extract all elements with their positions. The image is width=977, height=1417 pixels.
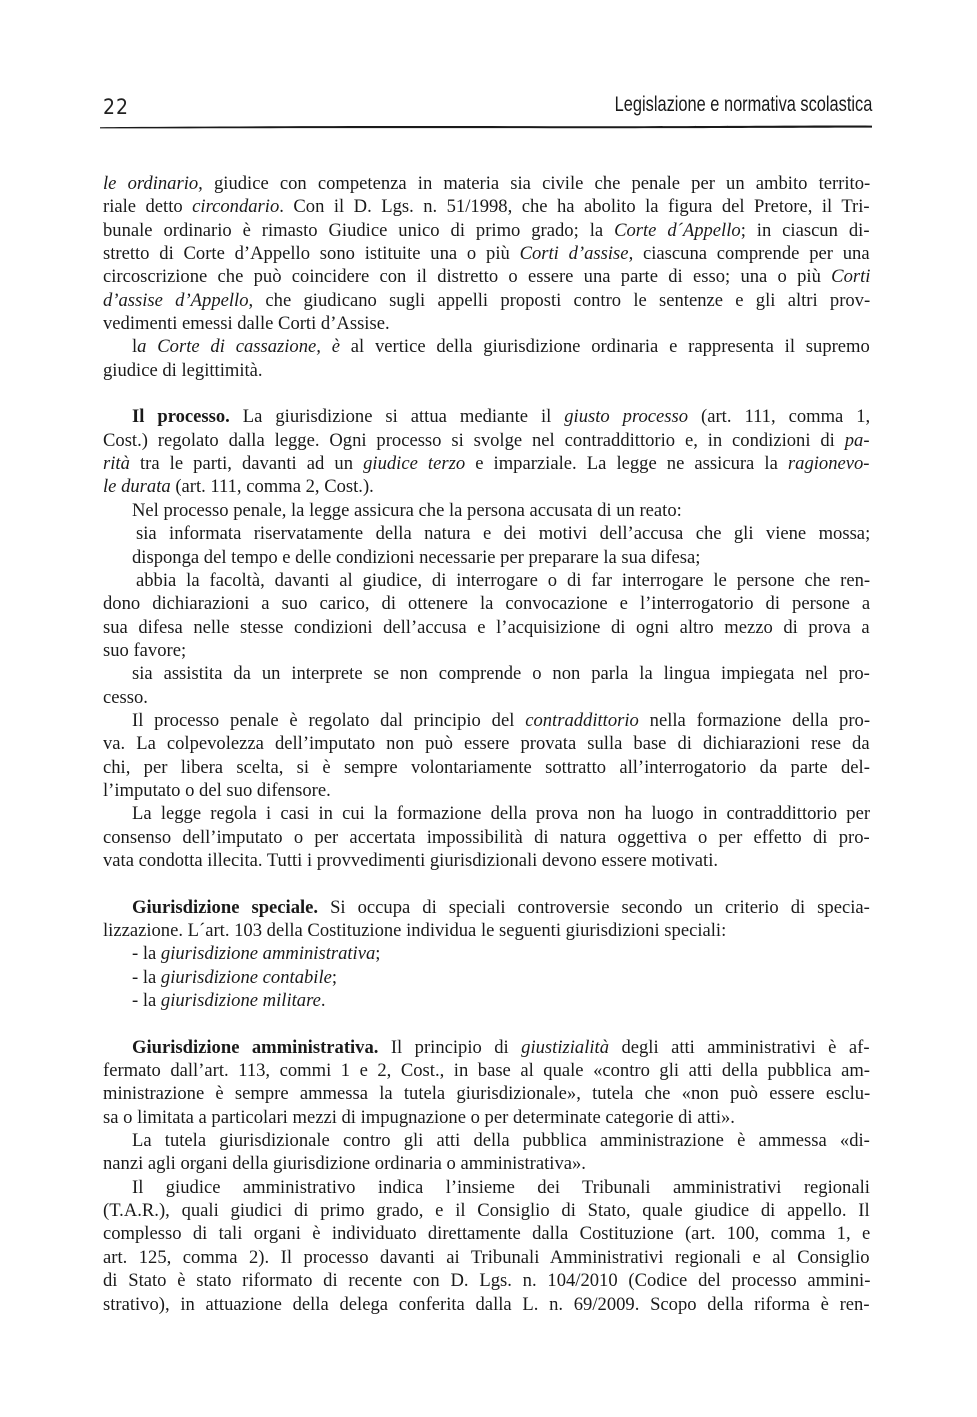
text-line: riale detto circondario. Con il D. Lgs. … bbox=[103, 195, 870, 218]
text-line: l’imputato o del suo difensore. bbox=[103, 779, 870, 802]
text-line: sua difesa nelle stesse condizioni dell’… bbox=[103, 616, 870, 639]
text-line: La tutela giurisdizionale contro gli att… bbox=[103, 1129, 870, 1152]
text-line: Il giudice amministrativo indica l’insie… bbox=[103, 1176, 870, 1199]
text-line: (T.A.R.), quali giudici di primo grado, … bbox=[103, 1199, 870, 1222]
text-line: sa o limitata a particolari mezzi di imp… bbox=[103, 1106, 870, 1129]
text-line: fermato dall’art. 113, commi 1 e 2, Cost… bbox=[103, 1059, 870, 1082]
text-line: disponga del tempo e delle condizioni ne… bbox=[103, 546, 870, 569]
text-line: - la giurisdizione amministrativa; bbox=[103, 942, 870, 965]
text-line: suo favore; bbox=[103, 639, 870, 662]
text-line: giudice di legittimità. bbox=[103, 359, 870, 382]
text-line: art. 125, comma 2). Il processo davanti … bbox=[103, 1246, 870, 1269]
text-line: strativo), in attuazione della delega co… bbox=[103, 1293, 870, 1316]
header-rule-divider bbox=[100, 124, 872, 130]
text-line: le durata (art. 111, comma 2, Cost.). bbox=[103, 475, 870, 498]
text-line: cesso. bbox=[103, 686, 870, 709]
paragraph-spacer bbox=[103, 382, 870, 405]
text-line: rità tra le parti, davanti ad un giudice… bbox=[103, 452, 870, 475]
text-line: - la giurisdizione contabile; bbox=[103, 966, 870, 989]
page-number: 22 bbox=[103, 95, 129, 119]
text-line: vata condotta illecita. Tutti i provvedi… bbox=[103, 849, 870, 872]
text-line: Il processo. La giurisdizione si attua m… bbox=[103, 405, 870, 428]
text-line: va. La colpevolezza dell’imputato non pu… bbox=[103, 732, 870, 755]
body-text: le ordinario, giudice con competenza in … bbox=[103, 172, 870, 1316]
text-line: Giurisdizione speciale. Si occupa di spe… bbox=[103, 896, 870, 919]
text-line: sia assistita da un interprete se non co… bbox=[103, 662, 870, 685]
text-line: chi, per libera scelta, si è sempre volo… bbox=[103, 756, 870, 779]
text-line: Cost.) regolato dalla legge. Ogni proces… bbox=[103, 429, 870, 452]
text-line: lizzazione. L´art. 103 della Costituzion… bbox=[103, 919, 870, 942]
text-line: di Stato è stato riformato di recente co… bbox=[103, 1269, 870, 1292]
text-line: La legge regola i casi in cui la formazi… bbox=[103, 802, 870, 825]
paragraph-spacer bbox=[103, 1012, 870, 1035]
text-line: Giurisdizione amministrativa. Il princip… bbox=[103, 1036, 870, 1059]
text-line: Nel processo penale, la legge assicura c… bbox=[103, 499, 870, 522]
text-line: - la giurisdizione militare. bbox=[103, 989, 870, 1012]
text-line: bunale ordinario è rimasto Giudice unico… bbox=[103, 219, 870, 242]
text-line: le ordinario, giudice con competenza in … bbox=[103, 172, 870, 195]
text-line: nanzi agli organi della giurisdizione or… bbox=[103, 1152, 870, 1175]
text-line: consenso dell’imputato o per accertata i… bbox=[103, 826, 870, 849]
text-line: la Corte di cassazione, è al vertice del… bbox=[103, 335, 870, 358]
text-line: complesso di tali organi è individuato d… bbox=[103, 1222, 870, 1245]
text-line: abbia la facoltà, davanti al giudice, di… bbox=[103, 569, 870, 592]
text-line: dono dichiarazioni a suo carico, di otte… bbox=[103, 592, 870, 615]
text-line: d’assise d’Appello, che giudicano sugli … bbox=[103, 289, 870, 312]
text-line: vedimenti emessi dalle Corti d’Assise. bbox=[103, 312, 870, 335]
text-line: sia informata riservatamente della natur… bbox=[103, 522, 870, 545]
paragraph-spacer bbox=[103, 872, 870, 895]
text-line: stretto di Corte d’Appello sono istituit… bbox=[103, 242, 870, 265]
text-line: circoscrizione che può coincidere con il… bbox=[103, 265, 870, 288]
text-line: Il processo penale è regolato dal princi… bbox=[103, 709, 870, 732]
text-line: ministrazione è sempre ammessa la tutela… bbox=[103, 1082, 870, 1105]
running-title: Legislazione e normativa scolastica bbox=[614, 93, 872, 117]
